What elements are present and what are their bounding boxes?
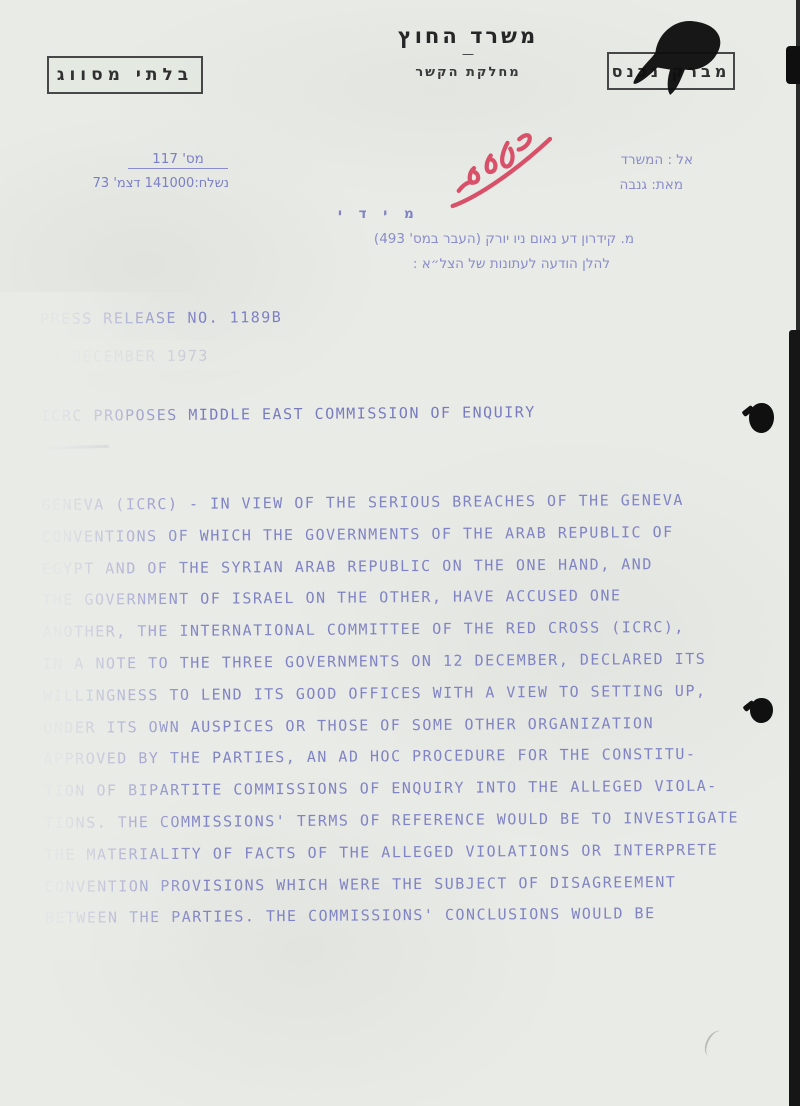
typed-line: TIONS. THE COMMISSIONS' TERMS OF REFEREN…: [44, 802, 739, 839]
red-handwriting-note: [435, 123, 567, 217]
typed-line: IN A NOTE TO THE THREE GOVERNMENTS ON 12…: [43, 643, 738, 680]
ink-blot: [628, 14, 728, 100]
stamp-unclassified-label: בלתי מסווג: [57, 65, 193, 85]
pencil-scratch: [701, 1027, 729, 1060]
typed-line: CONVENTIONS OF WHICH THE GOVERNMENTS OF …: [42, 516, 737, 553]
scan-edge-notch: [786, 46, 800, 84]
press-release-title: ICRC PROPOSES MIDDLE EAST COMMISSION OF …: [41, 403, 536, 425]
department-title: מחלקת הקשר: [368, 65, 568, 80]
from-field: מאת: גנבה: [620, 177, 684, 193]
typed-line: BETWEEN THE PARTIES. THE COMMISSIONS' CO…: [45, 898, 740, 935]
press-release-date: 13 DECEMBER 1973: [40, 347, 209, 366]
routing-intro-line: להלן הודעה לעתונות של הצל״א :: [413, 256, 610, 272]
scanned-telegram-document: בלתי מסווג משרד החוץ — מחלקת הקשר מברק נ…: [0, 0, 800, 1106]
typed-line: EGYPT AND OF THE SYRIAN ARAB REPUBLIC ON…: [42, 548, 737, 585]
press-release-paragraph: GENEVA (ICRC) - IN VIEW OF THE SERIOUS B…: [41, 485, 740, 936]
priority-immediate: מ י ד י: [338, 206, 420, 222]
telegram-number: מס' 117: [128, 151, 228, 169]
press-release-number: PRESS RELEASE NO. 1189B: [40, 308, 282, 328]
to-field: אל : המשרד: [621, 152, 693, 168]
typed-line: WILLINGNESS TO LEND ITS GOOD OFFICES WIT…: [43, 675, 738, 712]
routing-line: מ. קידרון דע נאום ניו יורק (העבר במס' 49…: [374, 231, 634, 247]
stamp-unclassified: בלתי מסווג: [47, 56, 203, 94]
title-underline-smudge: [43, 445, 109, 450]
press-release-body: PRESS RELEASE NO. 1189B 13 DECEMBER 1973…: [38, 302, 763, 968]
scan-edge-shadow: [789, 330, 800, 1106]
letterhead-divider: —: [368, 49, 568, 59]
typed-line: THE MATERIALITY OF FACTS OF THE ALLEGED …: [44, 834, 739, 871]
sent-datetime: נשלח:141000 דצמ' 73: [33, 176, 229, 191]
typed-line: GENEVA (ICRC) - IN VIEW OF THE SERIOUS B…: [41, 485, 736, 522]
ministry-title: משרד החוץ: [368, 24, 568, 48]
letterhead: משרד החוץ — מחלקת הקשר: [368, 24, 568, 80]
